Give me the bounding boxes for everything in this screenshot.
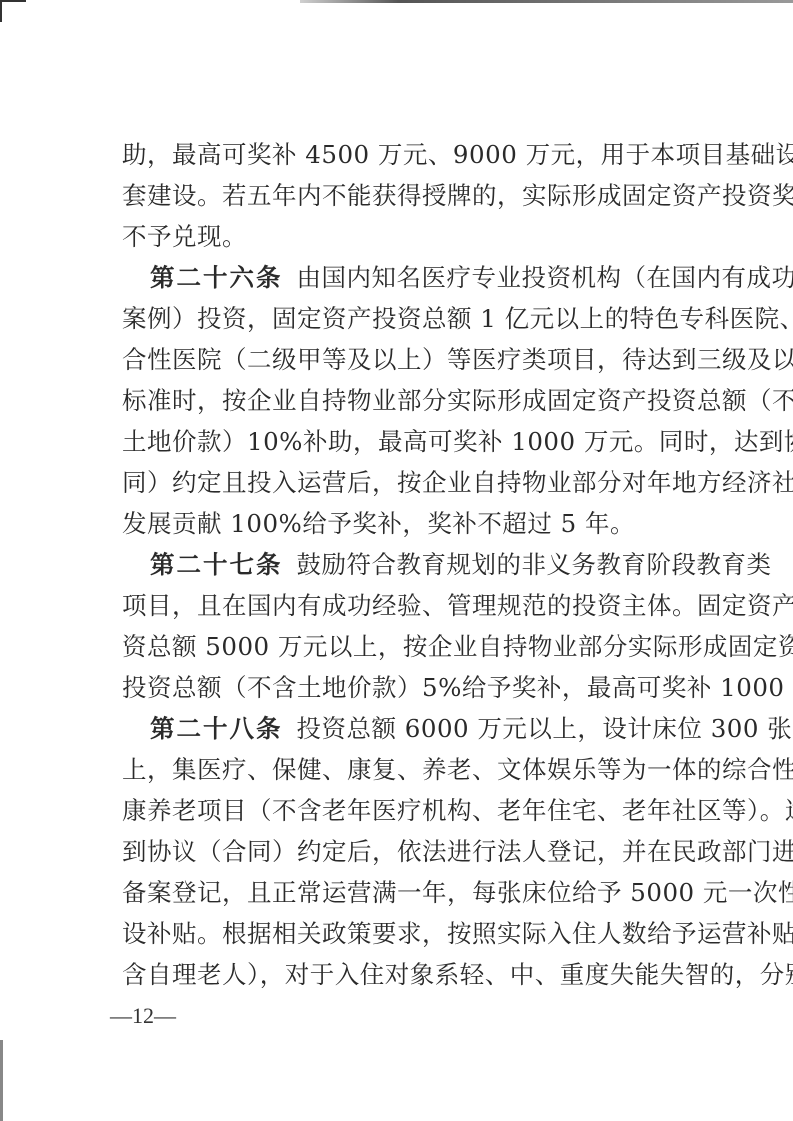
body-line: 同）约定且投入运营后，按企业自持物业部分对年地方经济社会 [122, 468, 716, 498]
article-first-line: 第二十八条投资总额 6000 万元以上，设计床位 300 张以 [150, 714, 716, 744]
body-line: 发展贡献 100%给予奖补，奖补不超过 5 年。 [122, 509, 716, 539]
page-number: —12— [110, 1003, 176, 1029]
body-line: 标准时，按企业自持物业部分实际形成固定资产投资总额（不含 [122, 386, 716, 416]
body-line: 投资总额（不含土地价款）5%给予奖补，最高可奖补 1000 万元。 [122, 673, 716, 703]
body-line: 康养老项目（不含老年医疗机构、老年住宅、老年社区等）。达 [122, 796, 716, 826]
article-number: 第二十六条 [150, 263, 283, 292]
body-line: 助，最高可奖补 4500 万元、9000 万元，用于本项目基础设施配 [122, 140, 716, 170]
body-line: 套建设。若五年内不能获得授牌的，实际形成固定资产投资奖补 [122, 181, 716, 211]
body-line: 设补贴。根据相关政策要求，按照实际入住人数给予运营补贴（不 [122, 919, 716, 949]
article-text: 由国内知名医疗专业投资机构（在国内有成功 [297, 263, 793, 292]
article-text: 鼓励符合教育规划的非义务教育阶段教育类 [297, 550, 772, 579]
body-line: 上，集医疗、保健、康复、养老、文体娱乐等为一体的综合性健 [122, 755, 716, 785]
body-line: 到协议（合同）约定后，依法进行法人登记，并在民政部门进行 [122, 837, 716, 867]
article-text: 投资总额 6000 万元以上，设计床位 300 张以 [297, 714, 793, 743]
body-line: 合性医院（二级甲等及以上）等医疗类项目，待达到三级及以上 [122, 345, 716, 375]
article-number: 第二十七条 [150, 550, 283, 579]
body-line: 资总额 5000 万元以上，按企业自持物业部分实际形成固定资产 [122, 632, 716, 662]
article-first-line: 第二十六条由国内知名医疗专业投资机构（在国内有成功 [150, 263, 716, 293]
body-line: 不予兑现。 [122, 222, 716, 252]
body-line: 含自理老人），对于入住对象系轻、中、重度失能失智的，分别 [122, 960, 716, 990]
body-line: 案例）投资，固定资产投资总额 1 亿元以上的特色专科医院、综 [122, 304, 716, 334]
body-line: 项目，且在国内有成功经验、管理规范的投资主体。固定资产投 [122, 591, 716, 621]
body-line: 备案登记，且正常运营满一年，每张床位给予 5000 元一次性建 [122, 878, 716, 908]
article-number: 第二十八条 [150, 714, 283, 743]
article-first-line: 第二十七条鼓励符合教育规划的非义务教育阶段教育类 [150, 550, 716, 580]
body-line: 土地价款）10%补助，最高可奖补 1000 万元。同时，达到协议（合 [122, 427, 716, 457]
document-page: 助，最高可奖补 4500 万元、9000 万元，用于本项目基础设施配 套建设。若… [0, 0, 793, 1121]
